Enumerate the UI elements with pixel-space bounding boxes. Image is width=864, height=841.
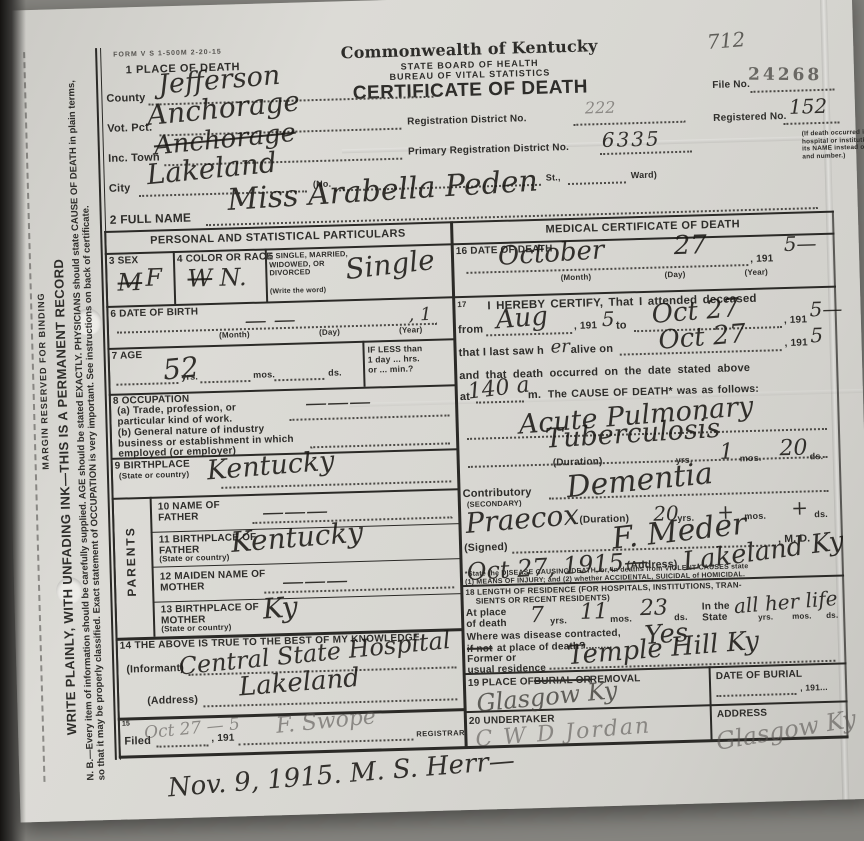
dotted-line [716,692,796,697]
former-label-line2: usual residence [467,664,546,677]
saw-year-printed: , 191 [784,338,808,349]
from-label: from [458,324,484,336]
age-label: 7 AGE [112,351,143,362]
duration-mos-label: mos. [740,454,762,464]
duration2-mos-label: mos. [744,512,766,522]
dod-month-sub: (Month) [561,273,592,282]
dob-day-sub: (Day) [319,328,340,337]
dod-month-handwriting: October [497,237,605,270]
burial-num: 19 [468,679,480,690]
duration-ds-handwriting: 20 [779,437,808,460]
res-mos-label: mos. [610,614,632,624]
registration-district-value-pencil: 222 [585,100,616,117]
dotted-line [274,377,324,381]
filed-num: 15 [122,720,130,728]
scan-edge [0,0,26,841]
dob-year-sub: (Year) [399,326,423,335]
marital-sub-label: (Write the word) [270,287,327,296]
date-of-burial-label: DATE OF BURIAL [716,670,803,683]
registered-no-label: Registered No. [713,112,787,125]
file-no-stamp: 24268 [748,67,822,85]
last-saw-label: that I last saw h [459,346,545,360]
dotted-line [568,180,626,185]
at-place-label2: of death [466,619,507,631]
dotted-line [200,379,250,383]
duration-mos-handwriting: 1 [719,442,734,464]
father-birthplace-sub: (State or country) [159,554,229,564]
dotted-line [783,120,839,125]
from-value-handwriting: Aug [495,303,549,333]
to-label: to [616,320,627,332]
mother-birthplace-value-handwriting: Ky [262,593,299,624]
dod-day-handwriting: 27 [673,232,707,259]
dob-dash-handwriting: — — [244,310,296,333]
age-yrs-label: yrs. [181,372,198,382]
duration2-ds-handwriting: + [791,497,808,517]
registration-district-label: Registration District No. [407,114,527,128]
page-number-handwriting: 712 [706,29,746,52]
to-year-printed: , 191 [784,315,808,326]
dotted-line [573,120,685,126]
file-no-label: File No. [712,80,750,92]
duration-ds-label: ds. [810,452,824,462]
state-ds-label: ds. [826,612,838,621]
dod-day-sub: (Day) [664,271,685,280]
saw-fill-handwriting: er [550,338,570,357]
race-crossed-handwriting: W [187,266,212,291]
dotted-line [238,738,413,746]
dotted-line [750,88,834,93]
hospital-note: (If death occurred in a hospital or inst… [802,128,864,161]
dod-year-printed: , 191 [750,254,774,265]
father-birthplace-value-handwriting: Kentucky [230,518,364,557]
occupation-dash-handwriting: ——— [305,392,372,416]
full-name-label: 2 FULL NAME [110,212,192,227]
informant-address-label: (Address) [147,695,198,707]
form-code: FORM V S 1-500M 2-20-15 [113,49,222,59]
medical-column: 16 DATE OF DEATH , 191 (Month) (Day) (Ye… [451,211,849,748]
state-mos-label: mos. [792,612,812,621]
age-ds-label: ds. [328,368,342,378]
saw-value-handwriting: Oct 27 [657,321,746,354]
res-ds-handwriting: 23 [640,597,669,620]
dob-one-handwriting: , 1 [408,306,431,325]
marital-value-handwriting: Single [344,246,436,284]
dob-label: 6 DATE OF BIRTH [110,307,198,320]
margin-binding-text: MARGIN RESERVED FOR BINDING [36,292,51,470]
mother-name-label: 12 MAIDEN NAME OF MOTHER [160,569,271,594]
primary-registration-label: Primary Registration District No. [408,143,569,158]
dod-year-sub: (Year) [744,268,768,277]
from-year-printed: , 191 [574,321,598,332]
filed-signature-pencil: F. Swope [275,706,377,738]
informant-address-value-handwriting: Lakeland [238,665,361,701]
age-mos-label: mos. [253,370,275,380]
ward-label: Ward) [631,171,657,181]
certify-num: 17 [457,301,467,310]
st-label: St., [546,173,561,183]
form-table: PERSONAL AND STATISTICAL PARTICULARS MED… [104,211,848,758]
res-mos-handwriting: 11 [580,601,609,624]
certificate-form: FORM V S 1-500M 2-20-15 1 PLACE OF DEATH… [99,26,851,768]
res-yrs-label: yrs. [550,616,567,626]
father-name-label: 10 NAME OF FATHER [158,499,249,524]
scanned-document: MARGIN RESERVED FOR BINDING WRITE PLAINL… [0,0,864,841]
dotted-line [156,743,208,747]
informant-label: (Informant) [126,663,184,676]
parents-label: PARENTS [124,536,138,596]
signed-label: (Signed) [464,542,508,554]
from-year-handwriting: 5 [602,309,615,329]
registered-no-value-handwriting: 152 [789,96,828,117]
race-value-handwriting: N. [219,265,247,290]
vot-pct-label: Vot. Pct. [107,123,152,136]
saw-year-handwriting: 5 [810,325,823,345]
to-year-handwriting: 5— [809,298,842,319]
sex-value-handwriting: F [145,265,162,289]
sex-crossed-handwriting: M [117,270,142,295]
in-the-label2: State [702,613,728,624]
burial-date-year-printed: , 191... [800,683,828,693]
in-state-value-handwriting: all her life [733,588,838,616]
certificate-paper: MARGIN RESERVED FOR BINDING WRITE PLAINL… [0,0,864,823]
registrar-label: REGISTRAR [416,729,465,738]
primary-registration-value-handwriting: 6335 [602,128,661,150]
duration2-ds-label: ds. [814,510,828,520]
undertaker-address-label: ADDRESS [717,709,768,721]
city-label: City [109,183,131,195]
res-yrs-handwriting: 7 [530,605,545,627]
dod-year-handwriting: 5— [783,233,816,254]
sex-label: 3 SEX [109,256,139,267]
county-label: County [106,93,145,106]
mother-birthplace-sub: (State or country) [161,624,231,634]
state-yrs-label: yrs. [758,613,773,622]
ifless-line3: or ... min.? [368,364,414,374]
birthplace-sub: (State or country) [119,471,189,481]
contributory-value2-handwriting: Praecox [464,501,580,538]
alive-on-label: alive on [571,344,614,357]
